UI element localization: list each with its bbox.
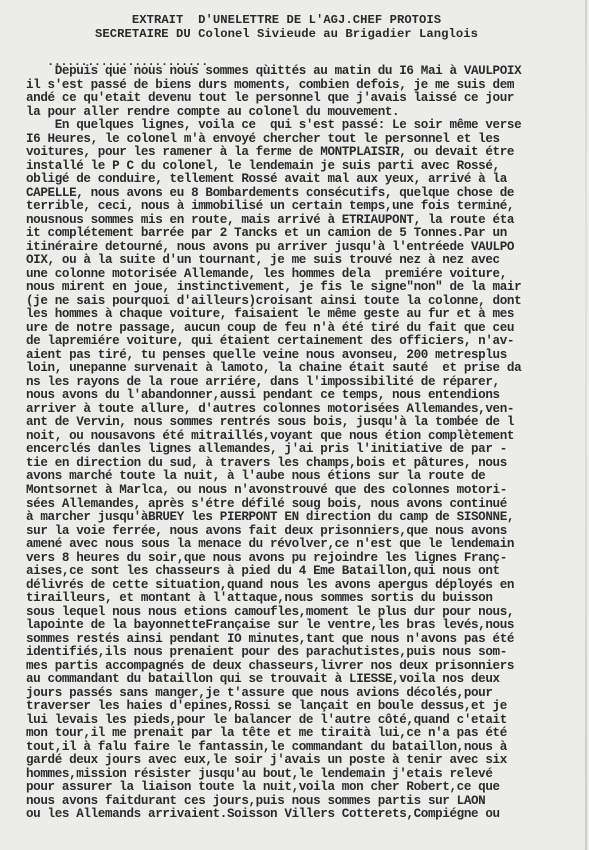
typed-letter-page: EXTRAIT D'UNELETTRE DE L'AGJ.CHEF PROTOI…: [0, 0, 589, 850]
text-line: sommes restés ainsi pendant IO minutes,t…: [26, 633, 586, 647]
text-line: mon tour,il me prenait par la tête et me…: [26, 727, 586, 741]
text-line: aises,ce sont les chasseurs à pied du 4 …: [26, 565, 586, 579]
text-line: de lapremiére voiture, qui étaient certa…: [26, 335, 586, 349]
text-line: OIX, ou à la suite d'un tournant, je me …: [26, 254, 586, 268]
text-line: une colonne motorisée Allemande, les hom…: [26, 268, 586, 282]
text-line: pour assurer la liaison toute la nuit,vo…: [26, 781, 586, 795]
text-line: ou les Allemands arrivaient.Soisson Vill…: [26, 808, 586, 822]
text-line: amené avec nous sous la menace du révolv…: [26, 538, 586, 552]
text-line: ure de notre passage, aucun coup de feu …: [26, 322, 586, 336]
text-line: noit, ou nousavons été mitraillés,voyant…: [26, 430, 586, 444]
text-line: itinéraire detourné, nous avons pu arriv…: [26, 241, 586, 255]
text-line: traverser les haies d'epines,Rossi se la…: [26, 700, 586, 714]
text-line: sur la voie ferrée, nous avons fait deux…: [26, 525, 586, 539]
text-line: tout,il à falu faire le fantassin,le com…: [26, 741, 586, 755]
text-line: I6 Heures, le colonel m'à envoyé cherche…: [26, 133, 586, 147]
text-line: aient pas tiré, tu penses quelle veine n…: [26, 349, 586, 363]
text-line: au commandant du bataillon qui se trouva…: [26, 673, 586, 687]
text-line: encerclés danles lignes allemandes, j'ai…: [26, 443, 586, 457]
text-line: sées Allemandes, après s'étre défilé sou…: [26, 498, 586, 512]
text-line: Depuis que nous nous sommes qùittés au m…: [26, 65, 586, 79]
text-line: nous avons du l'abandonner,aussi pendant…: [26, 389, 586, 403]
text-line: ant de Vervin, nous sommes rentrés sous …: [26, 416, 586, 430]
document-title-line-1: EXTRAIT D'UNELETTRE DE L'AGJ.CHEF PROTOI…: [0, 13, 581, 27]
text-line: tie en direction du sud, à travers les c…: [26, 457, 586, 471]
text-line: hommes,mission résister jusqu'au bout,le…: [26, 768, 586, 782]
text-line: it complétement barrée par 2 Tancks et u…: [26, 227, 586, 241]
document-title-line-2: SECRETAIRE DU Colonel Sivieude au Brigad…: [0, 27, 581, 41]
text-line: sous lequel nous nous etions camoufles,m…: [26, 606, 586, 620]
text-line: andé ce qu'etait devenu tout le personne…: [26, 92, 586, 106]
letter-body: Depuis que nous nous sommes qùittés au m…: [26, 65, 586, 822]
text-line: tirailleurs, et montant à l'attaque,nous…: [26, 592, 586, 606]
text-line: identifiés,ils nous prenaient pour des p…: [26, 646, 586, 660]
text-line: terrible, ceci, nous à immobilisé un cer…: [26, 200, 586, 214]
text-line: loin, unepanne survenait à lamoto, la ch…: [26, 362, 586, 376]
text-line: les hommes à chaque voiture, faisaient l…: [26, 308, 586, 322]
text-line: la pour aller rendre compte au colonel d…: [26, 106, 586, 120]
text-line: En quelques lignes, voila ce qui s'est p…: [26, 119, 586, 133]
text-line: Montsornet à Marlca, ou nous n'avonstrou…: [26, 484, 586, 498]
text-line: ns les rayons de la roue arriére, dans l…: [26, 376, 586, 390]
text-line: CAPELLE, nous avons eu 8 Bombardements c…: [26, 187, 586, 201]
text-line: jours passés sans manger,je t'assure que…: [26, 687, 586, 701]
text-line: voitures, pour les ramener à la ferme de…: [26, 146, 586, 160]
text-line: il s'est passé de biens durs moments, co…: [26, 79, 586, 93]
text-line: nous avons faitdurant ces jours,puis nou…: [26, 795, 586, 809]
text-line: à marcher jusqu'àBRUEY les PIERPONT EN d…: [26, 511, 586, 525]
text-line: mes partis accompagnés de deux chasseurs…: [26, 660, 586, 674]
text-line: gardé deux jours avec eux,le soir j'avai…: [26, 754, 586, 768]
text-line: (je ne sais pourquoi d'ailleurs)croisant…: [26, 295, 586, 309]
text-line: avons marché toute la nuit, à l'aube nou…: [26, 470, 586, 484]
text-line: installé le P C du colonel, le lendemain…: [26, 160, 586, 174]
text-line: obligé de conduire, tellement Rossé avai…: [26, 173, 586, 187]
text-line: vers 8 heures du soir,que nous avons pu …: [26, 552, 586, 566]
text-line: nousnous sommes mis en route, mais arriv…: [26, 214, 586, 228]
text-line: lui levais les pieds,pour le balancer de…: [26, 714, 586, 728]
text-line: délivrés de cette situation,quand nous l…: [26, 579, 586, 593]
text-line: arriver à toute allure, d'autres colonne…: [26, 403, 586, 417]
text-line: nous mirent en joue, instinctivement, je…: [26, 281, 586, 295]
text-line: lapointe de la bayonnetteFrançaise sur l…: [26, 619, 586, 633]
